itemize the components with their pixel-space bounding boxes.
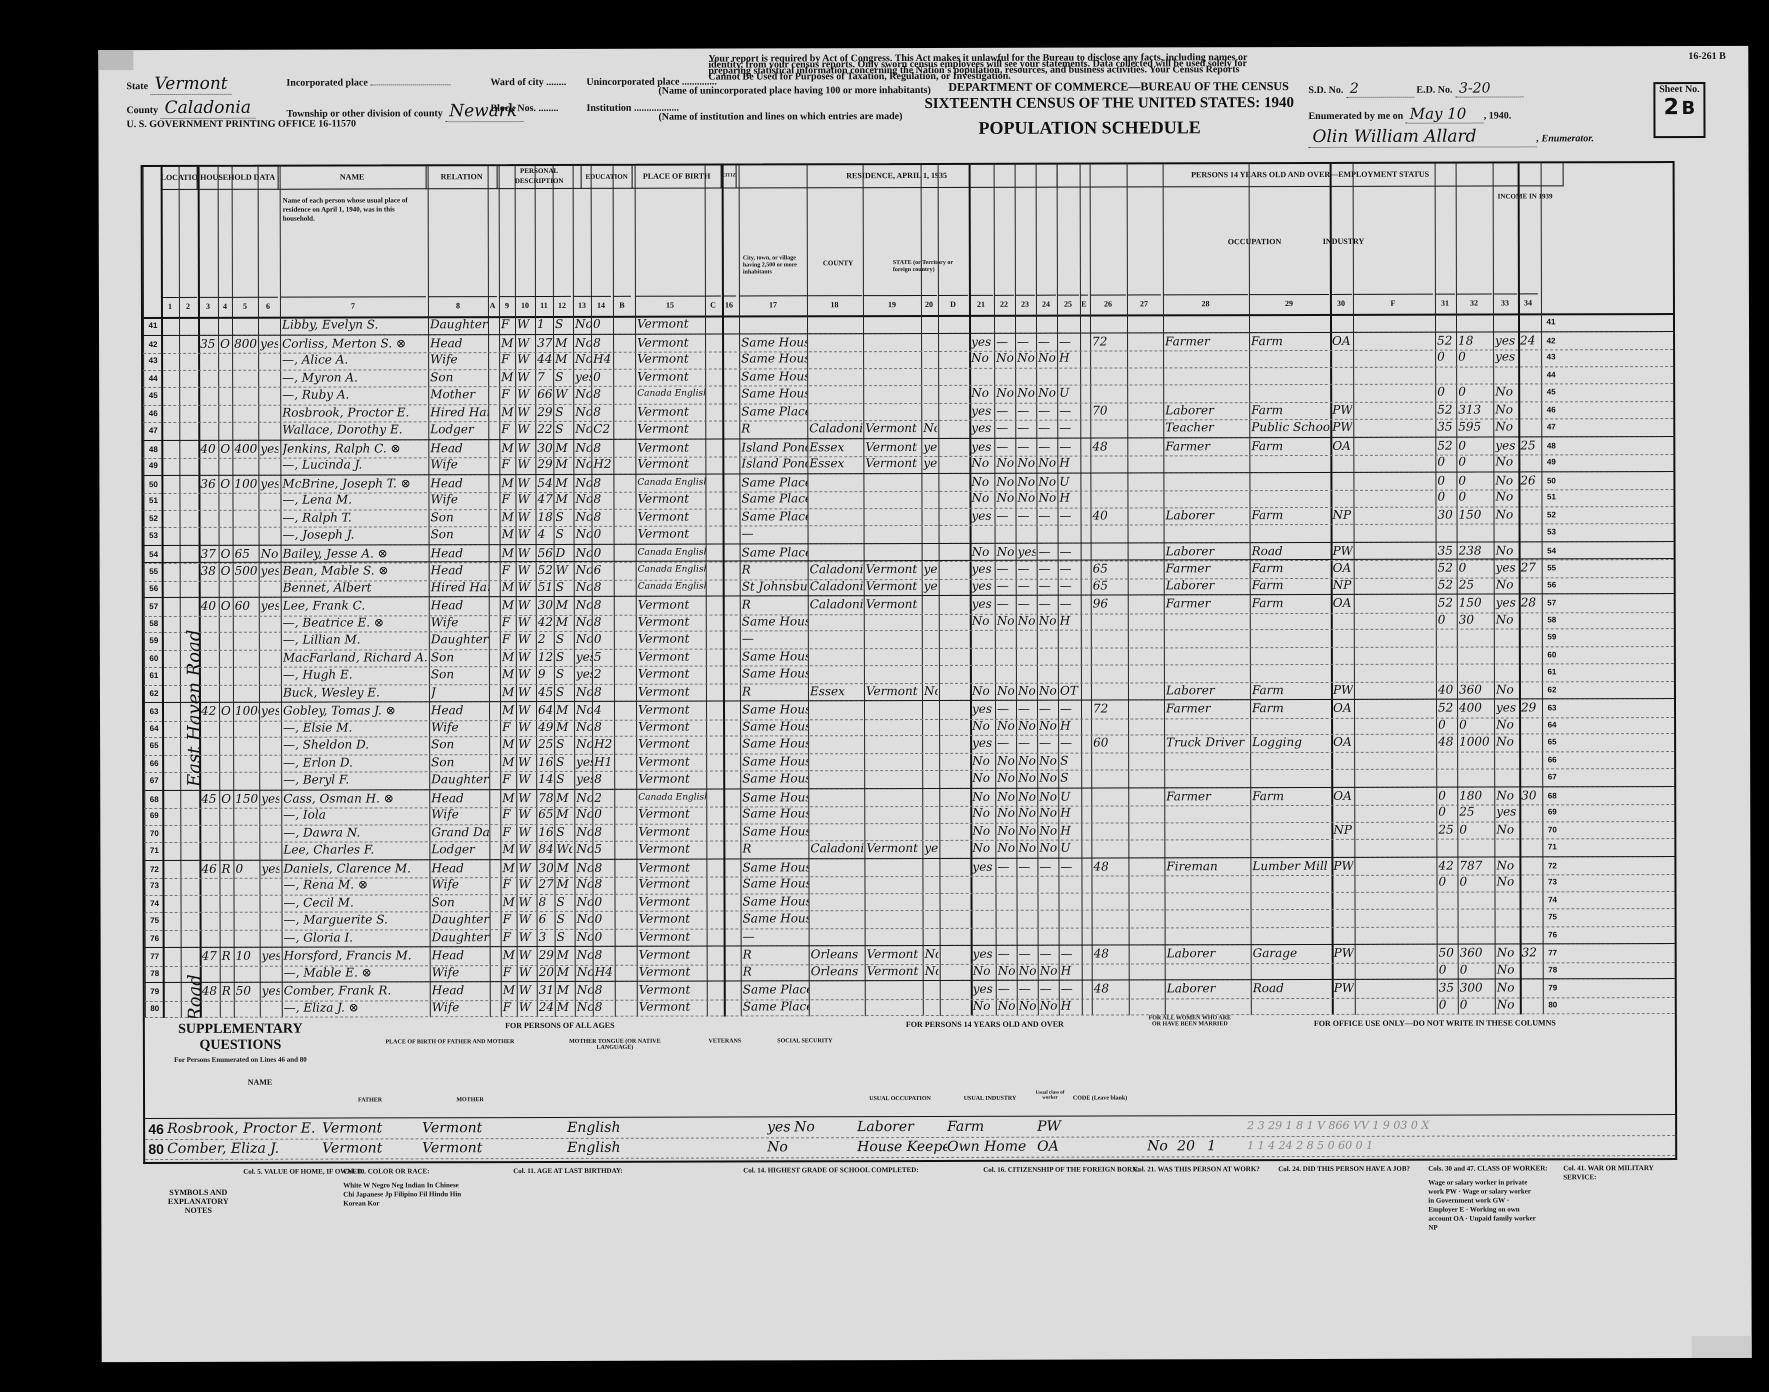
- supp-father-header: FATHER: [320, 1097, 420, 1103]
- cell-wk23: —: [1017, 438, 1035, 456]
- column-number: 21: [969, 295, 993, 314]
- cell-farm: yes: [261, 703, 279, 721]
- cell-line: 80: [1545, 996, 1561, 1014]
- cell-wk25: —: [1060, 735, 1080, 753]
- cell-county: [810, 701, 863, 719]
- cell-county: [811, 981, 864, 999]
- cell-wk25: U: [1060, 788, 1080, 806]
- cell-weeks: 0: [1437, 489, 1455, 507]
- cell-wk22: No: [998, 962, 1016, 980]
- cell-res1935: Same House: [742, 805, 808, 823]
- cell-name: —, Cecil M.: [283, 894, 427, 912]
- cell-school: No: [575, 386, 591, 404]
- cell-relation: Hired Hand: [431, 579, 489, 597]
- column-number: 32: [1456, 294, 1492, 313]
- cell-school: No: [577, 998, 593, 1016]
- cell-wk22: —: [997, 577, 1015, 595]
- cell-grade: H4: [595, 963, 613, 981]
- cell-farm-sched: [1522, 979, 1540, 997]
- cell-school: No: [576, 859, 592, 877]
- cell-grade: 0: [594, 806, 612, 824]
- cell-class: [1334, 926, 1354, 944]
- scan-edge: [1692, 1336, 1752, 1358]
- cell-farm35: [923, 402, 937, 420]
- cell-class: [1333, 629, 1353, 647]
- cell-wk23: No: [1017, 490, 1035, 508]
- cell-farm35: [923, 385, 937, 403]
- cell-county: [809, 474, 862, 492]
- cell-occupation: [1167, 962, 1250, 980]
- cell-value: [234, 387, 258, 405]
- cell-dwelling: [200, 422, 218, 440]
- cell-race: W: [517, 369, 535, 387]
- cell-own: [221, 649, 233, 667]
- supplementary-questions: SUPPLEMENTARY QUESTIONS For Persons Enum…: [143, 1014, 1677, 1164]
- cell-weeks: 0: [1438, 716, 1456, 734]
- cell-relation: Head: [431, 702, 489, 720]
- cell-res1935: Same House: [742, 735, 808, 753]
- cell-state: Vermont: [865, 455, 921, 473]
- column-number: 7: [280, 296, 426, 315]
- cell-wk25: H: [1060, 717, 1080, 735]
- cell-value: [234, 369, 258, 387]
- cell-line: 58: [146, 614, 162, 632]
- cell-relation: Head: [431, 597, 489, 615]
- column-number: 15: [635, 296, 705, 315]
- cell-race: W: [518, 702, 536, 720]
- cell-farm35: No: [923, 420, 937, 438]
- state-header: STATE (or Territory or foreign country): [893, 260, 963, 274]
- cell-farm35: [924, 788, 938, 806]
- cell-wk23: —: [1018, 858, 1036, 876]
- cell-county: Caladonia: [810, 578, 863, 596]
- cell-value: 10: [236, 948, 260, 966]
- cell-farm-sched: [1522, 926, 1540, 944]
- cell-state: [866, 648, 922, 666]
- cell-work: [972, 875, 994, 893]
- cell-race: W: [518, 526, 536, 544]
- cell-wk23: No: [1018, 752, 1036, 770]
- cell-weeks: [1439, 909, 1457, 927]
- cell-value: [235, 527, 259, 545]
- cell-weeks: [1438, 664, 1456, 682]
- cell-industry: Road: [1252, 542, 1330, 560]
- cell-line: 72: [146, 860, 162, 878]
- cell-occupation: [1166, 752, 1249, 770]
- supp-cell-children: [1207, 1116, 1237, 1136]
- cell-state: [866, 875, 922, 893]
- cell-income: 360: [1460, 945, 1494, 963]
- cell-occupation: Laborer: [1167, 945, 1250, 963]
- supp-cell-children: 1: [1207, 1136, 1237, 1156]
- cell-wk25: H: [1060, 805, 1080, 823]
- cell-class: [1332, 472, 1352, 490]
- cell-sex: F: [503, 999, 517, 1017]
- cell-race: W: [518, 719, 536, 737]
- cell-birthplace: Vermont: [637, 491, 705, 509]
- cell-other-income: No: [1496, 787, 1518, 805]
- cell-wk23: [1018, 630, 1036, 648]
- cell-class: [1333, 751, 1353, 769]
- cell-hours: [1092, 349, 1126, 367]
- sheet-side: B: [1681, 98, 1695, 119]
- cell-grade: 6: [594, 562, 612, 580]
- column-number: 16: [722, 295, 736, 314]
- cell-wk25: [1061, 927, 1081, 945]
- cell-own: [221, 842, 233, 860]
- cell-industry: [1253, 996, 1331, 1014]
- supp-cell-office: 1 1 4 24 2 8 5 0 60 0 1: [1247, 1135, 1557, 1156]
- cell-occupation: [1167, 909, 1250, 927]
- cell-name: Wallace, Dorothy E.: [282, 421, 426, 439]
- cell-value: [234, 492, 258, 510]
- cell-wk24: No: [1040, 962, 1058, 980]
- cell-farm35: No: [925, 962, 939, 980]
- cell-relation: Son: [431, 894, 489, 912]
- cell-other-income: [1495, 366, 1517, 384]
- cell-birthplace: Canada English: [638, 544, 706, 562]
- cell-wk24: [1039, 665, 1057, 683]
- cell-own: [222, 929, 234, 947]
- cell-line: 55: [146, 563, 162, 581]
- cell-line: 75: [147, 912, 163, 930]
- cell-wk24: No: [1038, 350, 1056, 368]
- cell-res1935: Island Pond: [741, 439, 807, 457]
- cell-hours: 48: [1094, 945, 1128, 963]
- enumerated-date: May 10: [1406, 105, 1484, 124]
- cell-own: R: [221, 860, 233, 878]
- cell-hours: [1094, 927, 1128, 945]
- cell-farm35: [924, 647, 938, 665]
- cell-wk22: No: [997, 770, 1015, 788]
- cell-marital: S: [555, 508, 571, 526]
- cell-line: 44: [1543, 366, 1559, 384]
- cell-farm-sched: 26: [1520, 472, 1538, 490]
- cell-weeks: 40: [1438, 681, 1456, 699]
- cell-marital: S: [556, 526, 572, 544]
- cell-grade: 8: [594, 771, 612, 789]
- cell-state: [866, 630, 922, 648]
- cell-value: [235, 877, 259, 895]
- cell-sex: F: [501, 491, 515, 509]
- cell-age: 84: [538, 841, 554, 859]
- cell-hours: [1093, 682, 1127, 700]
- cell-other-income: yes: [1496, 594, 1518, 612]
- cell-line: 68: [146, 790, 162, 808]
- cell-race: W: [519, 999, 537, 1017]
- cell-work: yes: [972, 701, 994, 719]
- cell-wk22: No: [996, 490, 1014, 508]
- cell-name: —, Ralph T.: [282, 509, 426, 527]
- cell-weeks: 52: [1437, 332, 1455, 350]
- cell-line: 74: [146, 894, 162, 912]
- cell-birthplace: Vermont: [637, 456, 705, 474]
- cell-work: No: [972, 770, 994, 788]
- cell-line: 65: [146, 737, 162, 755]
- cell-line: 76: [1545, 926, 1561, 944]
- cell-income: [1458, 314, 1492, 332]
- cell-work: yes: [973, 981, 995, 999]
- cell-value: 60: [235, 598, 259, 616]
- cell-weeks: 52: [1437, 401, 1455, 419]
- cell-school: No: [576, 562, 592, 580]
- cell-county: [810, 789, 863, 807]
- supp-class-header: Usual class of worker: [1035, 1091, 1065, 1101]
- cell-value: 150: [235, 790, 259, 808]
- cell-wk25: U: [1060, 840, 1080, 858]
- cell-race: W: [517, 335, 535, 353]
- cell-value: 800: [234, 335, 258, 353]
- cell-farm: [262, 929, 280, 947]
- cell-value: [235, 632, 259, 650]
- cell-wk25: —: [1060, 701, 1080, 719]
- cell-relation: Son: [431, 649, 489, 667]
- cell-res1935: Same Place: [741, 474, 807, 492]
- cell-race: W: [517, 440, 535, 458]
- cell-birthplace: Vermont: [638, 648, 706, 666]
- cell-wk22: No: [997, 612, 1015, 630]
- cell-county: Caladonia: [810, 596, 863, 614]
- cell-grade: 8: [593, 403, 611, 421]
- cell-res1935: Same House: [742, 648, 808, 666]
- legal-notice: Your report is required by Act of Congre…: [708, 55, 1268, 80]
- cell-sex: F: [501, 386, 515, 404]
- cell-line: 49: [145, 457, 161, 475]
- cell-wk23: No: [1017, 385, 1035, 403]
- cell-occupation: [1166, 769, 1249, 787]
- cell-line: 45: [1543, 383, 1559, 401]
- cell-occupation: [1166, 524, 1249, 542]
- supplementary-subtitle: For Persons Enumerated on Lines 46 and 8…: [163, 1056, 318, 1064]
- cell-name: —, Dawra N.: [283, 824, 427, 842]
- cell-farm-sched: 28: [1521, 594, 1539, 612]
- cell-other-income: No: [1496, 733, 1518, 751]
- cell-farm-sched: [1521, 681, 1539, 699]
- cell-weeks: 0: [1438, 787, 1456, 805]
- cell-res1935: Same House: [742, 701, 808, 719]
- cell-line: 52: [145, 509, 161, 527]
- cell-res1935: R: [743, 963, 809, 981]
- cell-work: yes: [972, 596, 994, 614]
- cell-value: [234, 352, 258, 370]
- cell-birthplace: Vermont: [638, 806, 706, 824]
- cell-work: [971, 315, 993, 333]
- cell-wk22: No: [997, 788, 1015, 806]
- cell-age: 31: [539, 982, 555, 1000]
- cell-work: yes: [973, 946, 995, 964]
- supp-cell-age-marriage: 20: [1177, 1136, 1207, 1156]
- cell-sex: M: [501, 440, 515, 458]
- cell-class: [1333, 874, 1353, 892]
- cell-res1935: R: [742, 561, 808, 579]
- cell-farm: [261, 649, 279, 667]
- supp-cell-office: 2 3 29 1 8 1 V 866 VV 1 9 03 0 X: [1247, 1115, 1557, 1136]
- enumerated-label: Enumerated by me on: [1308, 111, 1403, 122]
- cell-wk25: [1060, 892, 1080, 910]
- column-number: 18: [807, 295, 862, 314]
- cell-wk23: No: [1017, 455, 1035, 473]
- cell-other-income: [1496, 751, 1518, 769]
- cell-farm: [261, 737, 279, 755]
- cell-age: 29: [537, 456, 553, 474]
- column-number: 11: [535, 296, 553, 315]
- sheet-header: Your report is required by Act of Congre…: [98, 46, 1748, 165]
- cell-marital: M: [557, 982, 573, 1000]
- cell-sex: F: [502, 614, 516, 632]
- supp-cell-line: 46: [147, 1119, 165, 1139]
- cell-grade: H2: [593, 456, 611, 474]
- cell-income: [1458, 366, 1492, 384]
- cell-farm-sched: [1521, 611, 1539, 629]
- cell-weeks: 0: [1439, 961, 1457, 979]
- cell-own: O: [220, 440, 232, 458]
- cell-hours: 70: [1092, 402, 1126, 420]
- cell-sex: F: [503, 911, 517, 929]
- cell-farm35: [925, 910, 939, 928]
- cell-race: W: [518, 754, 536, 772]
- cell-res1935: Same Place: [743, 981, 809, 999]
- cell-class: PW: [1332, 419, 1352, 437]
- all-ages-header: FOR PERSONS OF ALL AGES: [320, 1020, 800, 1030]
- cell-industry: Farm: [1252, 576, 1330, 594]
- cell-class: PW: [1334, 945, 1354, 963]
- cell-grade: 5: [594, 648, 612, 666]
- cell-own: O: [221, 703, 233, 721]
- cell-birthplace: Vermont: [637, 351, 705, 369]
- cell-industry: Farm: [1252, 700, 1330, 718]
- cell-income: 180: [1459, 787, 1493, 805]
- cell-weeks: 0: [1439, 996, 1457, 1014]
- note-col16: Col. 16. CITIZENSHIP OF THE FOREIGN BORN…: [983, 1165, 1139, 1174]
- cell-line: 72: [1544, 857, 1560, 875]
- cell-state: [866, 544, 922, 562]
- cell-value: [234, 457, 258, 475]
- cell-line: 60: [1544, 646, 1560, 664]
- cell-grade: 4: [594, 702, 612, 720]
- cell-school: No: [576, 806, 592, 824]
- cell-wk24: No: [1039, 717, 1057, 735]
- cell-marital: D: [556, 544, 572, 562]
- cell-county: Caladonia: [810, 561, 863, 579]
- cell-marital: S: [557, 911, 573, 929]
- cell-industry: [1253, 909, 1331, 927]
- cell-industry: [1252, 716, 1330, 734]
- cell-name: Rosbrook, Proctor E.: [282, 404, 426, 422]
- cell-industry: Road: [1253, 980, 1331, 998]
- cell-age: 16: [538, 823, 554, 841]
- cell-birthplace: Canada English: [637, 474, 705, 492]
- cell-class: [1332, 489, 1352, 507]
- cell-hours: [1092, 367, 1126, 385]
- cell-birthplace: Vermont: [637, 334, 705, 352]
- cell-dwelling: 47: [202, 948, 220, 966]
- cell-birthplace: Vermont: [638, 841, 706, 859]
- cell-name: MacFarland, Richard A.: [283, 649, 427, 667]
- cell-wk22: No: [997, 840, 1015, 858]
- cell-wk22: No: [996, 350, 1014, 368]
- cell-other-income: yes: [1496, 699, 1518, 717]
- ed-value: 3-20: [1455, 80, 1523, 97]
- cell-marital: M: [556, 702, 572, 720]
- cell-birthplace: Vermont: [638, 631, 706, 649]
- cell-farm35: yes: [924, 561, 938, 579]
- street-label: East Haven Road: [184, 630, 205, 787]
- cell-work: [972, 630, 994, 648]
- cell-res1935: Same House: [742, 893, 808, 911]
- note-col41: Col. 41. WAR OR MILITARY SERVICE:: [1563, 1164, 1673, 1182]
- cell-marital: S: [556, 648, 572, 666]
- cell-other-income: No: [1497, 979, 1519, 997]
- cell-wk25: —: [1059, 438, 1079, 456]
- cell-county: Essex: [809, 455, 862, 473]
- cell-line: 42: [1543, 332, 1559, 350]
- cell-race: W: [518, 894, 536, 912]
- cell-line: 79: [1545, 979, 1561, 997]
- cell-wk23: —: [1018, 735, 1036, 753]
- cell-line: 80: [147, 999, 163, 1017]
- cell-relation: Hired Hand: [430, 404, 488, 422]
- cell-work: yes: [971, 402, 993, 420]
- cell-race: W: [517, 351, 535, 369]
- cell-sex: M: [502, 526, 516, 544]
- cell-birthplace: Vermont: [639, 911, 707, 929]
- cell-wk22: [996, 315, 1014, 333]
- cell-wk24: No: [1039, 822, 1057, 840]
- cell-farm: yes: [261, 860, 279, 878]
- cell-dwelling: 45: [201, 790, 219, 808]
- cell-line: 50: [145, 475, 161, 493]
- cell-state: [866, 770, 922, 788]
- cell-wk23: No: [1018, 770, 1036, 788]
- cell-own: [221, 807, 233, 825]
- cell-industry: [1252, 874, 1330, 892]
- cell-race: W: [518, 806, 536, 824]
- cell-county: [809, 350, 862, 368]
- cell-school: No: [575, 334, 591, 352]
- cell-farm-sched: [1521, 733, 1539, 751]
- cell-relation: Head: [430, 440, 488, 458]
- cell-sex: F: [501, 316, 515, 334]
- cell-weeks: 0: [1437, 384, 1455, 402]
- cell-res1935: Same House: [742, 770, 808, 788]
- cell-value: [235, 894, 259, 912]
- cell-weeks: 52: [1438, 700, 1456, 718]
- supp-cell-married: No: [1147, 1136, 1177, 1156]
- cell-relation: Wife: [431, 806, 489, 824]
- cell-name: —, Myron A.: [282, 369, 426, 387]
- cell-state: [866, 789, 922, 807]
- cell-income: 0: [1458, 489, 1492, 507]
- cell-weeks: [1438, 524, 1456, 542]
- cell-wk22: No: [996, 455, 1014, 473]
- cell-age: 9: [538, 666, 554, 684]
- cell-race: W: [517, 509, 535, 527]
- race-codes: White W Negro Neg Indian In Chinese Chi …: [343, 1181, 463, 1208]
- column-number: 14: [591, 296, 611, 315]
- cell-wk24: —: [1039, 701, 1057, 719]
- cell-class: OA: [1333, 595, 1353, 613]
- cell-name: —, Marguerite S.: [284, 911, 428, 929]
- cell-farm: [260, 404, 278, 422]
- cell-occupation: [1166, 612, 1249, 630]
- cell-industry: [1251, 384, 1329, 402]
- cell-class: OA: [1332, 332, 1352, 350]
- column-number: 20: [921, 295, 937, 314]
- cell-weeks: 25: [1438, 821, 1456, 839]
- cell-grade: 8: [594, 876, 612, 894]
- cell-work: No: [972, 805, 994, 823]
- cell-line: 60: [146, 649, 162, 667]
